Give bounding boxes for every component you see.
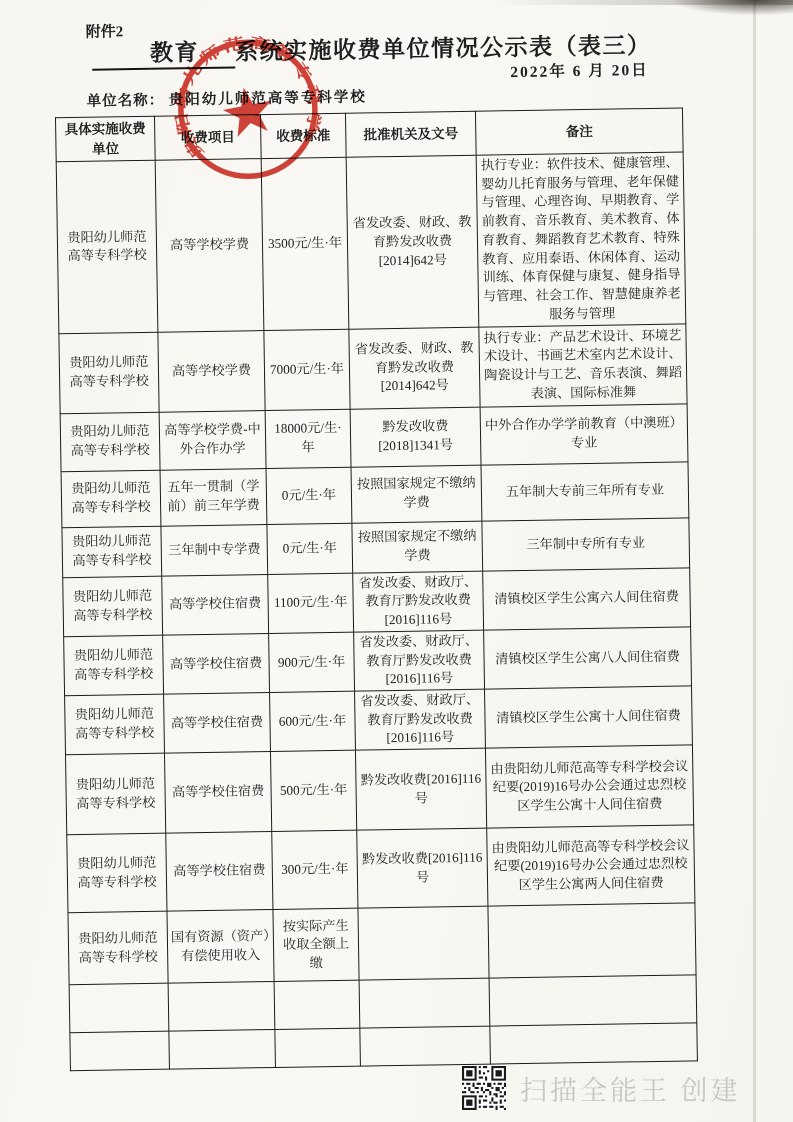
col-header-unit: 具体实施收费单位 <box>55 116 155 162</box>
cell-approval: 黔发改收费[2016]116号 <box>355 748 486 830</box>
cell-unit: 贵阳幼儿师范高等专科学校 <box>67 833 167 913</box>
cell-approval: 省发改委、财政厅、教育厅黔发改收费[2016]116号 <box>354 630 485 691</box>
cell-unit: 贵阳幼儿师范高等专科学校 <box>60 412 160 472</box>
cell-note: 清镇校区学生公寓六人间住宿费 <box>483 568 691 630</box>
cell-unit: 贵阳幼儿师范高等专科学校 <box>61 470 161 528</box>
cell-approval <box>359 978 490 1028</box>
cell-standard: 7000元/生·年 <box>264 329 350 410</box>
cell-note <box>488 903 696 978</box>
cell-note: 中外合作办学学前教育（中澳班）专业 <box>480 404 688 465</box>
seal-star-icon <box>219 83 276 138</box>
cell-item: 国有资源（资产）有偿使用收入 <box>167 910 274 984</box>
table-row: 贵阳幼儿师范高等专科学校 高等学校学费 7000元/生·年 省发改委、财政、教育… <box>59 324 687 414</box>
cell-unit: 贵阳幼儿师范高等专科学校 <box>56 160 158 333</box>
document-date: 2022年 6 月 20日 <box>510 58 649 82</box>
cell-item: 高等学校学费-中外合作办学 <box>159 410 266 470</box>
table-row: 贵阳幼儿师范高等专科学校 五年一贯制（学前）前三年学费 0元/生·年 按照国家规… <box>61 462 689 528</box>
cell-approval <box>358 906 489 980</box>
cell-standard: 18000元/生·年 <box>265 409 351 468</box>
fees-table: 具体实施收费单位 收费项目 收费标准 批准机关及文号 备注 贵阳幼儿师范高等专科… <box>55 107 698 1071</box>
cell-approval: 黔发改收费[2018]1341号 <box>350 407 481 467</box>
attachment-label: 附件2 <box>85 20 123 42</box>
scanner-watermark: 扫描全能王 创建 <box>462 1066 741 1110</box>
table-row: 贵阳幼儿师范高等专科学校 高等学校学费 3500元/生·年 省发改委、财政、教育… <box>56 152 686 333</box>
cell-unit: 贵阳幼儿师范高等专科学校 <box>65 694 165 755</box>
col-header-approval: 批准机关及文号 <box>345 111 476 157</box>
cell-item: 高等学校住宿费 <box>164 693 271 754</box>
qr-code-icon <box>462 1066 506 1110</box>
col-header-note: 备注 <box>475 108 683 155</box>
cell-unit: 贵阳幼儿师范高等专科学校 <box>66 753 166 835</box>
cell-item <box>168 982 275 1032</box>
cell-approval <box>360 1026 491 1066</box>
cell-note: 五年制大专前三年所有专业 <box>481 462 689 521</box>
cell-standard <box>274 980 360 1029</box>
cell-item: 高等学校住宿费 <box>163 633 270 694</box>
table-row: 贵阳幼儿师范高等专科学校 高等学校住宿费 300元/生·年 黔发改收费[2016… <box>67 825 695 913</box>
title-blank-line <box>92 43 150 70</box>
official-seal-stamp: 贵阳幼儿师范高等专科学校 <box>152 13 344 205</box>
cell-approval: 省发改委、财政厅、教育厅黔发改收费[2016]116号 <box>355 689 486 750</box>
cell-item: 高等学校学费 <box>158 330 265 412</box>
cell-note: 执行专业：软件技术、健康管理、婴幼儿托育服务与管理、老年保健与管理、心理咨询、早… <box>476 152 686 327</box>
cell-note <box>490 1023 698 1064</box>
cell-item: 高等学校住宿费 <box>162 574 269 635</box>
table-row: 贵阳幼儿师范高等专科学校 高等学校学费-中外合作办学 18000元/生·年 黔发… <box>60 404 688 472</box>
cell-standard: 300元/生·年 <box>272 830 358 909</box>
cell-note <box>489 975 697 1026</box>
cell-standard: 0元/生·年 <box>266 467 352 524</box>
cell-approval: 省发改委、财政、教育黔发改收费[2014]642号 <box>346 155 479 329</box>
scanner-watermark-text: 扫描全能王 创建 <box>520 1069 741 1108</box>
cell-approval: 按照国家规定不缴纳学费 <box>351 465 482 523</box>
cell-unit: 贵阳幼儿师范高等专科学校 <box>68 911 168 985</box>
table-row: 贵阳幼儿师范高等专科学校 高等学校住宿费 500元/生·年 黔发改收费[2016… <box>66 745 694 835</box>
cell-note: 清镇校区学生公寓八人间住宿费 <box>484 627 692 689</box>
cell-item <box>169 1030 276 1070</box>
cell-standard: 500元/生·年 <box>270 750 356 831</box>
table-row: 贵阳幼儿师范高等专科学校 国有资源（资产）有偿使用收入 按实际产生收取全额上缴 <box>68 903 696 985</box>
cell-standard <box>275 1028 361 1067</box>
cell-item: 高等学校住宿费 <box>164 752 271 834</box>
scan-top-shadow <box>493 0 793 5</box>
cell-item: 三年制中专学费 <box>161 524 268 576</box>
table-row: 贵阳幼儿师范高等专科学校 高等学校住宿费 900元/生·年 省发改委、财政厅、教… <box>64 627 692 696</box>
table-row: 贵阳幼儿师范高等专科学校 高等学校住宿费 600元/生·年 省发改委、财政厅、教… <box>65 686 693 755</box>
cell-unit: 贵阳幼儿师范高等专科学校 <box>62 526 162 578</box>
cell-unit <box>70 1031 170 1071</box>
cell-approval: 省发改委、财政厅、教育厅黔发改收费[2016]116号 <box>353 571 484 632</box>
cell-approval: 省发改委、财政、教育黔发改收费[2014]642号 <box>349 327 480 409</box>
cell-approval: 按照国家规定不缴纳学费 <box>352 521 483 573</box>
cell-unit <box>69 983 169 1033</box>
cell-approval: 黔发改收费[2016]116号 <box>357 828 488 908</box>
cell-unit: 贵阳幼儿师范高等专科学校 <box>63 576 163 637</box>
paper-edge-line <box>753 0 756 1122</box>
cell-item: 五年一贯制（学前）前三年学费 <box>160 468 267 526</box>
scanned-document-page: 附件2 教育 系统实施收费单位情况公示表（表三） 2022年 6 月 20日 单… <box>0 0 793 1122</box>
cell-note: 由贵阳幼儿师范高等专科学校会议纪要(2019)16号办公会通过忠烈校区学生公寓十… <box>485 745 693 828</box>
cell-unit: 贵阳幼儿师范高等专科学校 <box>64 635 164 696</box>
unit-name-label: 单位名称： <box>87 93 165 110</box>
cell-standard: 900元/生·年 <box>269 632 355 693</box>
table-row: 贵阳幼儿师范高等专科学校 高等学校住宿费 1100元/生·年 省发改委、财政厅、… <box>63 568 691 637</box>
cell-unit: 贵阳幼儿师范高等专科学校 <box>59 332 159 414</box>
cell-standard: 1100元/生·年 <box>268 573 354 634</box>
scan-corner-shadow <box>623 0 793 34</box>
cell-standard: 0元/生·年 <box>267 523 353 574</box>
cell-standard: 按实际产生收取全额上缴 <box>273 908 359 981</box>
cell-standard: 600元/生·年 <box>270 691 356 752</box>
cell-item: 高等学校住宿费 <box>166 832 273 912</box>
cell-note: 执行专业：产品艺术设计、环境艺术设计、书画艺术室内艺术设计、陶瓷设计与工艺、音乐… <box>479 324 687 407</box>
cell-note: 由贵阳幼儿师范高等专科学校会议纪要(2019)16号办公会通过忠烈校区学生公寓两… <box>487 825 695 906</box>
document-content: 附件2 教育 系统实施收费单位情况公示表（表三） 2022年 6 月 20日 单… <box>0 0 793 1122</box>
cell-note: 清镇校区学生公寓十人间住宿费 <box>485 686 693 748</box>
cell-note: 三年制中专所有专业 <box>482 518 690 571</box>
